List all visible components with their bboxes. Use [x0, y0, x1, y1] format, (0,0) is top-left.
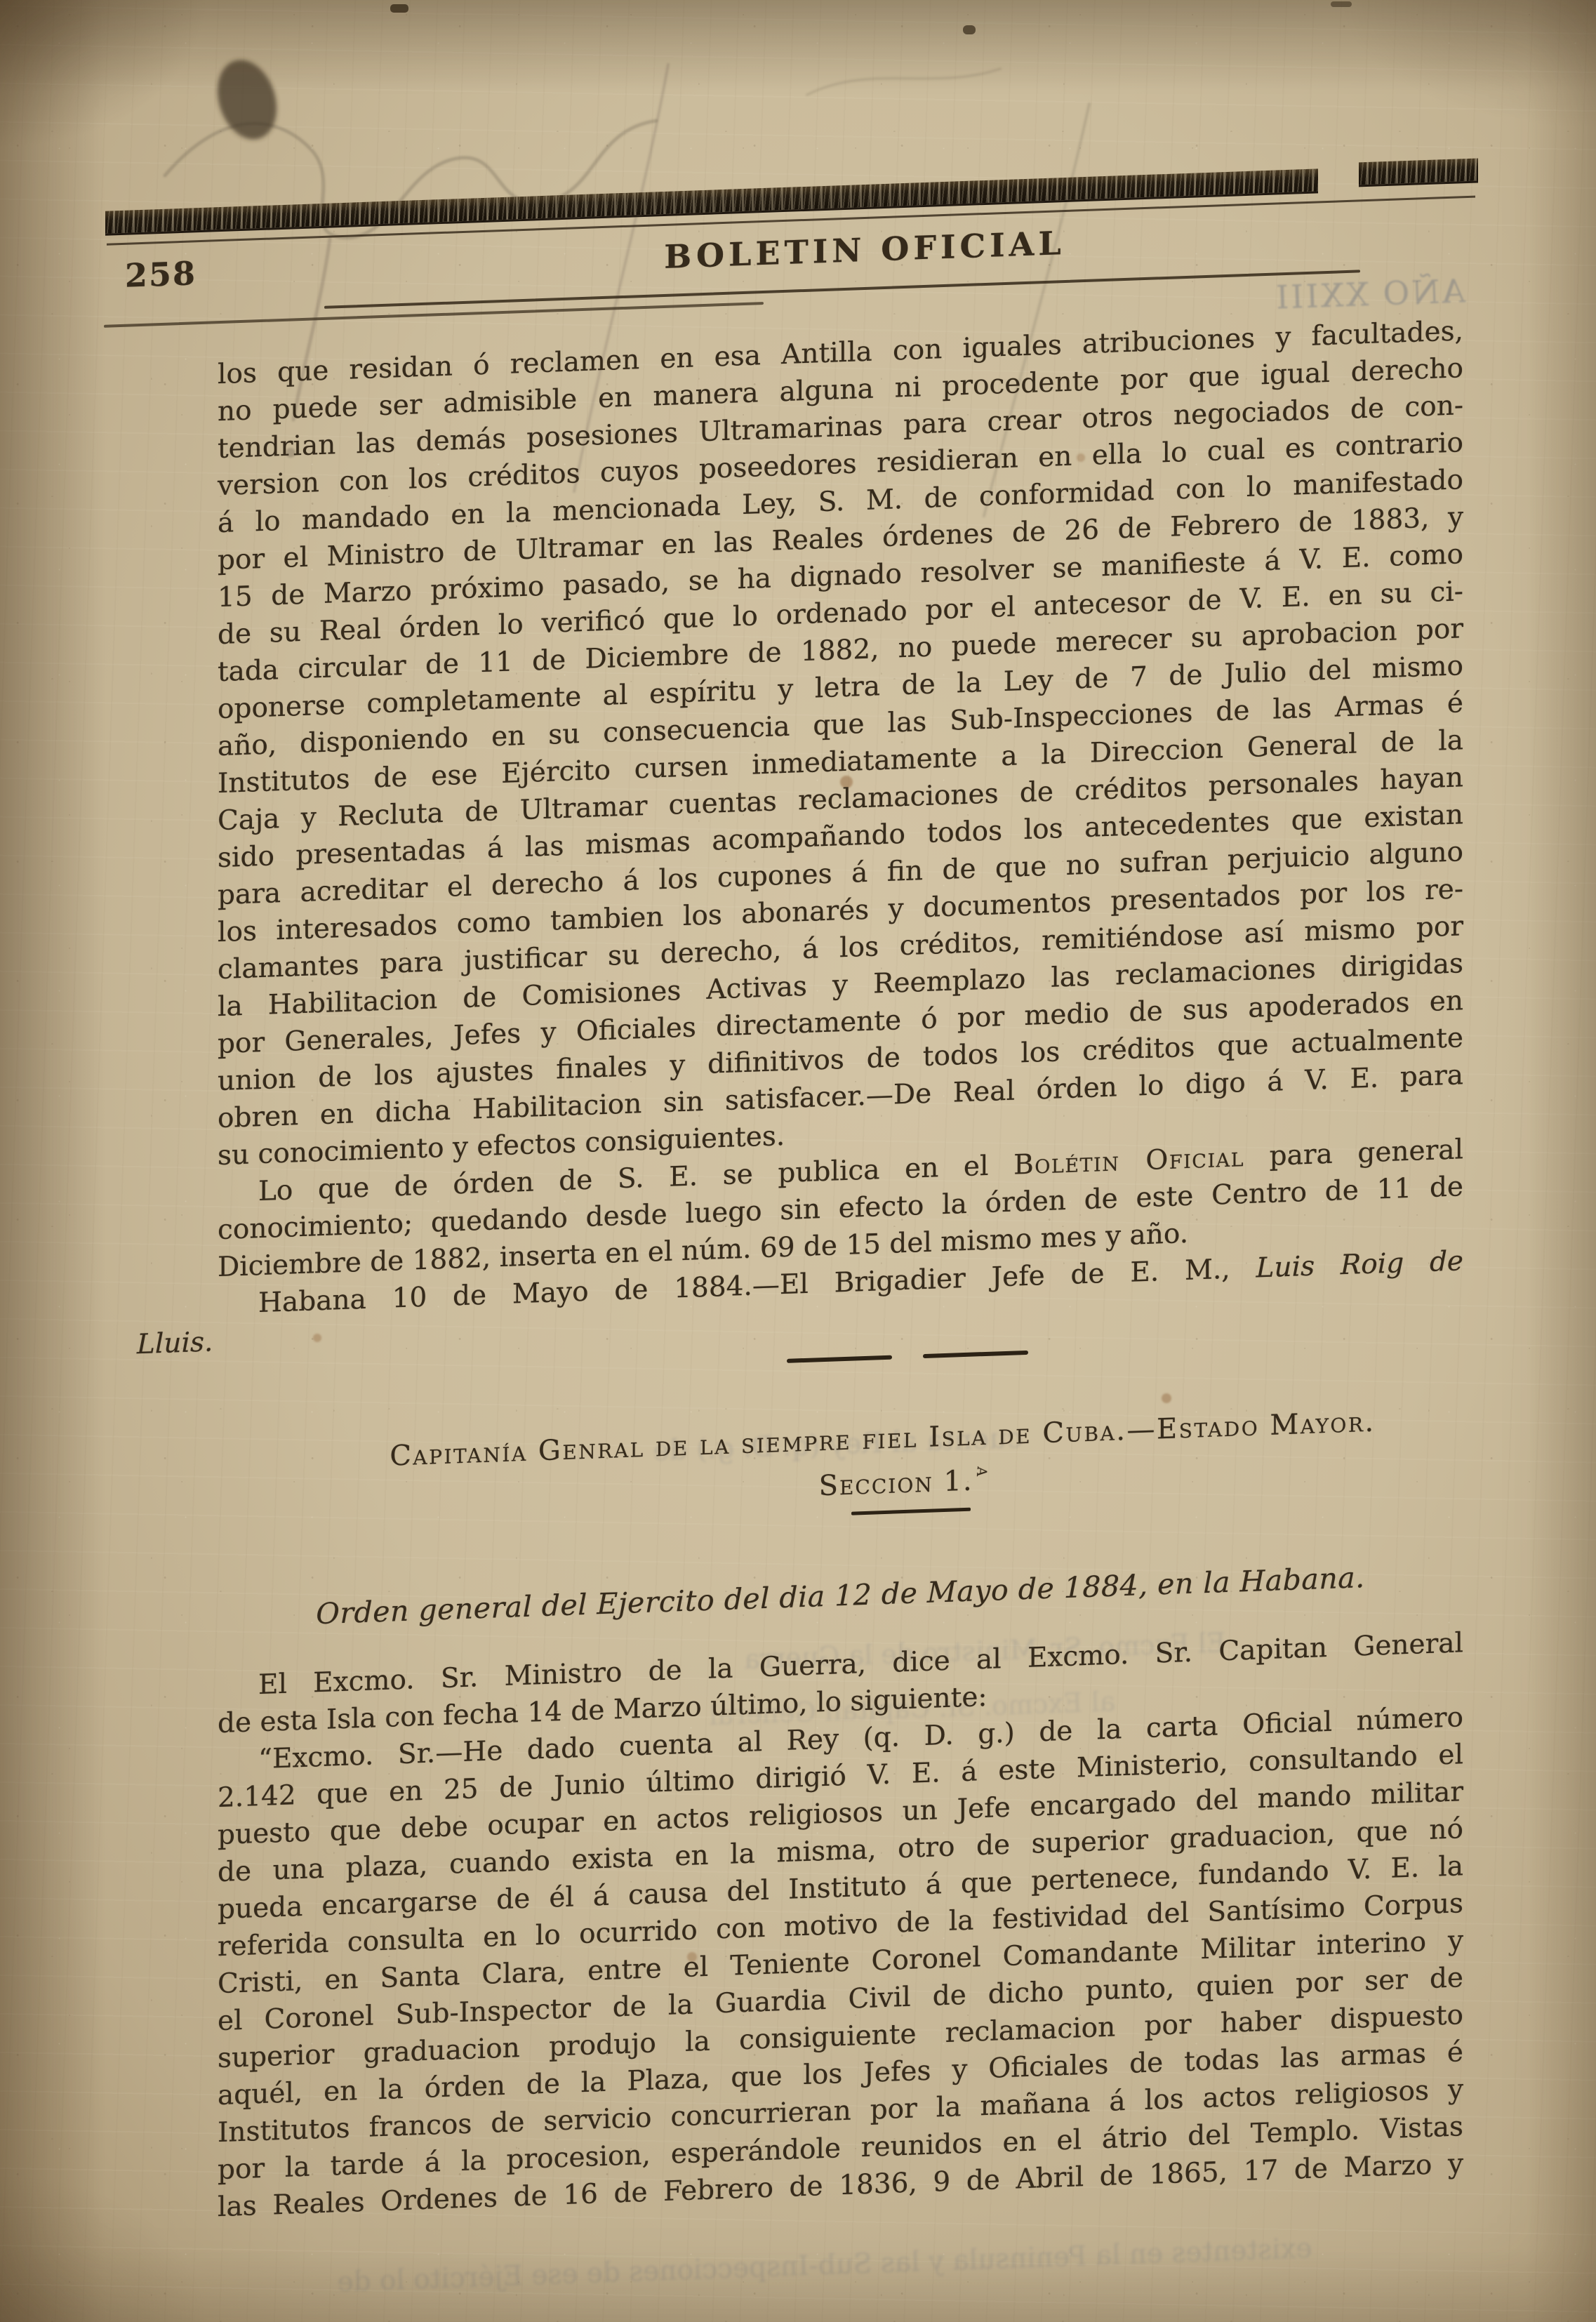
text-segment: para general [1244, 1134, 1463, 1173]
text-column: los que residan ó reclamen en esa Antill… [218, 312, 1463, 2226]
order-dateline: Orden general del Ejercito del dia 12 de… [218, 1555, 1463, 1637]
ordinal-superscript: a [964, 1466, 1002, 1478]
subheading-rule [851, 1508, 971, 1515]
title-underline-left [104, 302, 764, 328]
header-rule-band [1359, 158, 1478, 187]
page-content: 258 BOLETIN OFICIAL los que residan ó re… [0, 0, 1596, 2322]
paragraph-royal-order: los que residan ó reclamen en esa Antill… [218, 312, 1463, 1174]
scanned-page: AÑO XXIII cuenta al Rey (q. D. g.) de El… [0, 0, 1596, 2322]
text-segment: Luis Roig de [1256, 1245, 1463, 1284]
paragraph-consulta: “Excmo. Sr.—He dado cuenta al Rey (q. D.… [218, 1699, 1463, 2226]
text-segment: Bolétin Oficial [1013, 1141, 1244, 1181]
text-segment: Lluis. [137, 1326, 213, 1360]
